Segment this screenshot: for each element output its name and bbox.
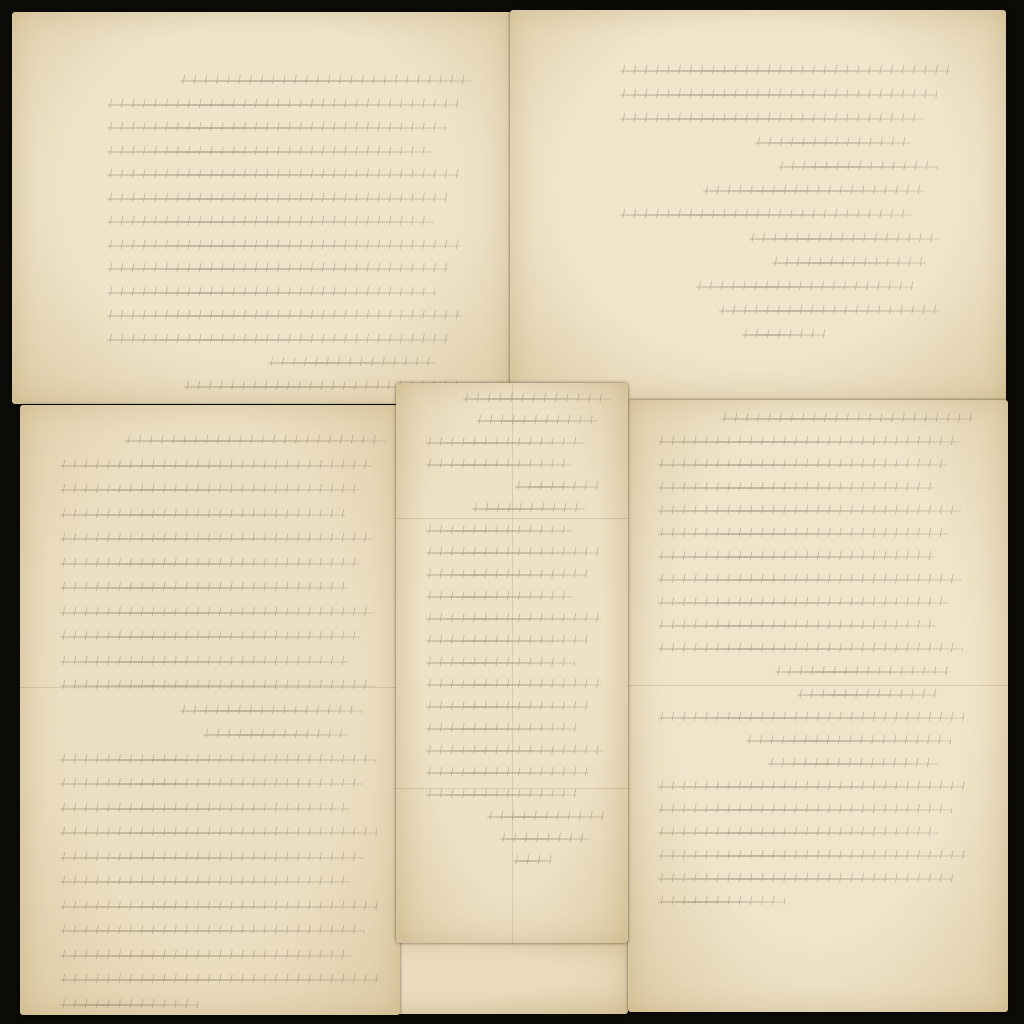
handwriting-line	[658, 786, 965, 788]
manuscript-collage	[0, 0, 1024, 1024]
handwriting-line	[500, 838, 591, 840]
handwriting-line	[658, 464, 947, 466]
handwriting-line	[658, 510, 961, 512]
letter-bottom-right	[628, 400, 1008, 1012]
handwriting-line	[658, 809, 952, 811]
handwriting-line	[60, 906, 378, 908]
handwriting-line	[60, 636, 361, 638]
handwriting-line	[658, 717, 964, 719]
handwriting-line	[180, 710, 362, 712]
handwriting-line	[658, 878, 953, 880]
handwriting-line	[60, 808, 350, 810]
handwriting-line	[60, 685, 375, 687]
handwriting-line	[426, 728, 576, 730]
fold-crease	[396, 518, 628, 519]
handwriting-line	[472, 508, 586, 510]
handwriting-line	[107, 151, 433, 153]
handwriting-line	[426, 750, 603, 752]
handwriting-line	[426, 794, 577, 796]
letter-top-left	[12, 12, 512, 404]
handwriting-line	[426, 596, 574, 598]
handwriting-line	[107, 174, 460, 176]
handwriting-line	[60, 661, 348, 663]
handwriting-line	[658, 832, 939, 834]
handwriting-line	[721, 418, 973, 420]
handwriting-line	[620, 94, 937, 96]
handwriting-line	[463, 398, 611, 400]
handwriting-line	[426, 442, 585, 444]
handwriting-line	[476, 420, 598, 422]
handwriting-line	[107, 315, 462, 317]
handwriting-line	[180, 80, 472, 82]
handwriting-line	[60, 881, 351, 883]
handwriting-line	[658, 901, 785, 903]
handwriting-line	[775, 671, 950, 673]
handwriting-line	[426, 618, 601, 620]
handwriting-line	[513, 860, 553, 862]
handwriting-line	[60, 538, 373, 540]
handwriting-line	[746, 740, 951, 742]
handwriting-line	[60, 1004, 198, 1006]
handwriting-line	[426, 684, 602, 686]
handwriting-line	[658, 602, 949, 604]
handwriting-line	[742, 334, 825, 336]
handwriting-line	[772, 262, 926, 264]
handwriting-line	[658, 648, 963, 650]
handwriting-line	[426, 552, 600, 554]
handwriting-line	[426, 574, 587, 576]
handwriting-line	[60, 783, 363, 785]
handwriting-line	[60, 979, 379, 981]
fold-crease	[628, 685, 1008, 686]
handwriting-line	[658, 533, 948, 535]
handwriting-line	[658, 855, 966, 857]
handwriting-line	[60, 514, 346, 516]
handwriting-line	[107, 221, 434, 223]
handwriting-line	[487, 816, 604, 818]
handwriting-line	[426, 530, 573, 532]
letter-top-right	[510, 10, 1006, 402]
handwriting-line	[203, 734, 349, 736]
handwriting-line	[107, 127, 446, 129]
handwriting-line	[107, 104, 459, 106]
handwriting-line	[60, 955, 352, 957]
handwriting-line	[797, 694, 937, 696]
handwriting-line	[703, 190, 926, 192]
handwriting-line	[658, 441, 960, 443]
handwriting-line	[107, 292, 435, 294]
handwriting-line	[426, 640, 588, 642]
handwriting-line	[658, 556, 935, 558]
letter-bottom-left	[20, 405, 400, 1015]
handwriting-line	[60, 489, 359, 491]
handwriting-line	[620, 118, 924, 120]
handwriting-line	[60, 587, 347, 589]
handwriting-line	[515, 486, 599, 488]
handwriting-line	[755, 142, 911, 144]
handwriting-line	[696, 286, 913, 288]
handwriting-line	[107, 339, 449, 341]
handwriting-line	[268, 362, 436, 364]
handwriting-line	[60, 465, 372, 467]
handwriting-line	[60, 759, 376, 761]
handwriting-line	[768, 763, 938, 765]
handwriting-line	[60, 857, 364, 859]
handwriting-line	[719, 310, 940, 312]
handwriting-line	[60, 563, 360, 565]
handwriting-line	[107, 245, 461, 247]
handwriting-line	[658, 487, 934, 489]
handwriting-line	[107, 268, 448, 270]
handwriting-line	[426, 464, 572, 466]
handwriting-line	[658, 579, 962, 581]
handwriting-line	[426, 772, 590, 774]
handwriting-line	[60, 612, 374, 614]
handwriting-line	[749, 238, 939, 240]
handwriting-line	[60, 930, 365, 932]
handwriting-line	[658, 625, 936, 627]
handwriting-line	[620, 214, 912, 216]
handwriting-line	[107, 198, 447, 200]
handwriting-line	[778, 166, 938, 168]
letter-center-narrow	[396, 383, 628, 943]
handwriting-line	[426, 706, 589, 708]
handwriting-line	[426, 662, 575, 664]
handwriting-line	[125, 440, 385, 442]
handwriting-line	[60, 832, 377, 834]
handwriting-line	[620, 70, 950, 72]
